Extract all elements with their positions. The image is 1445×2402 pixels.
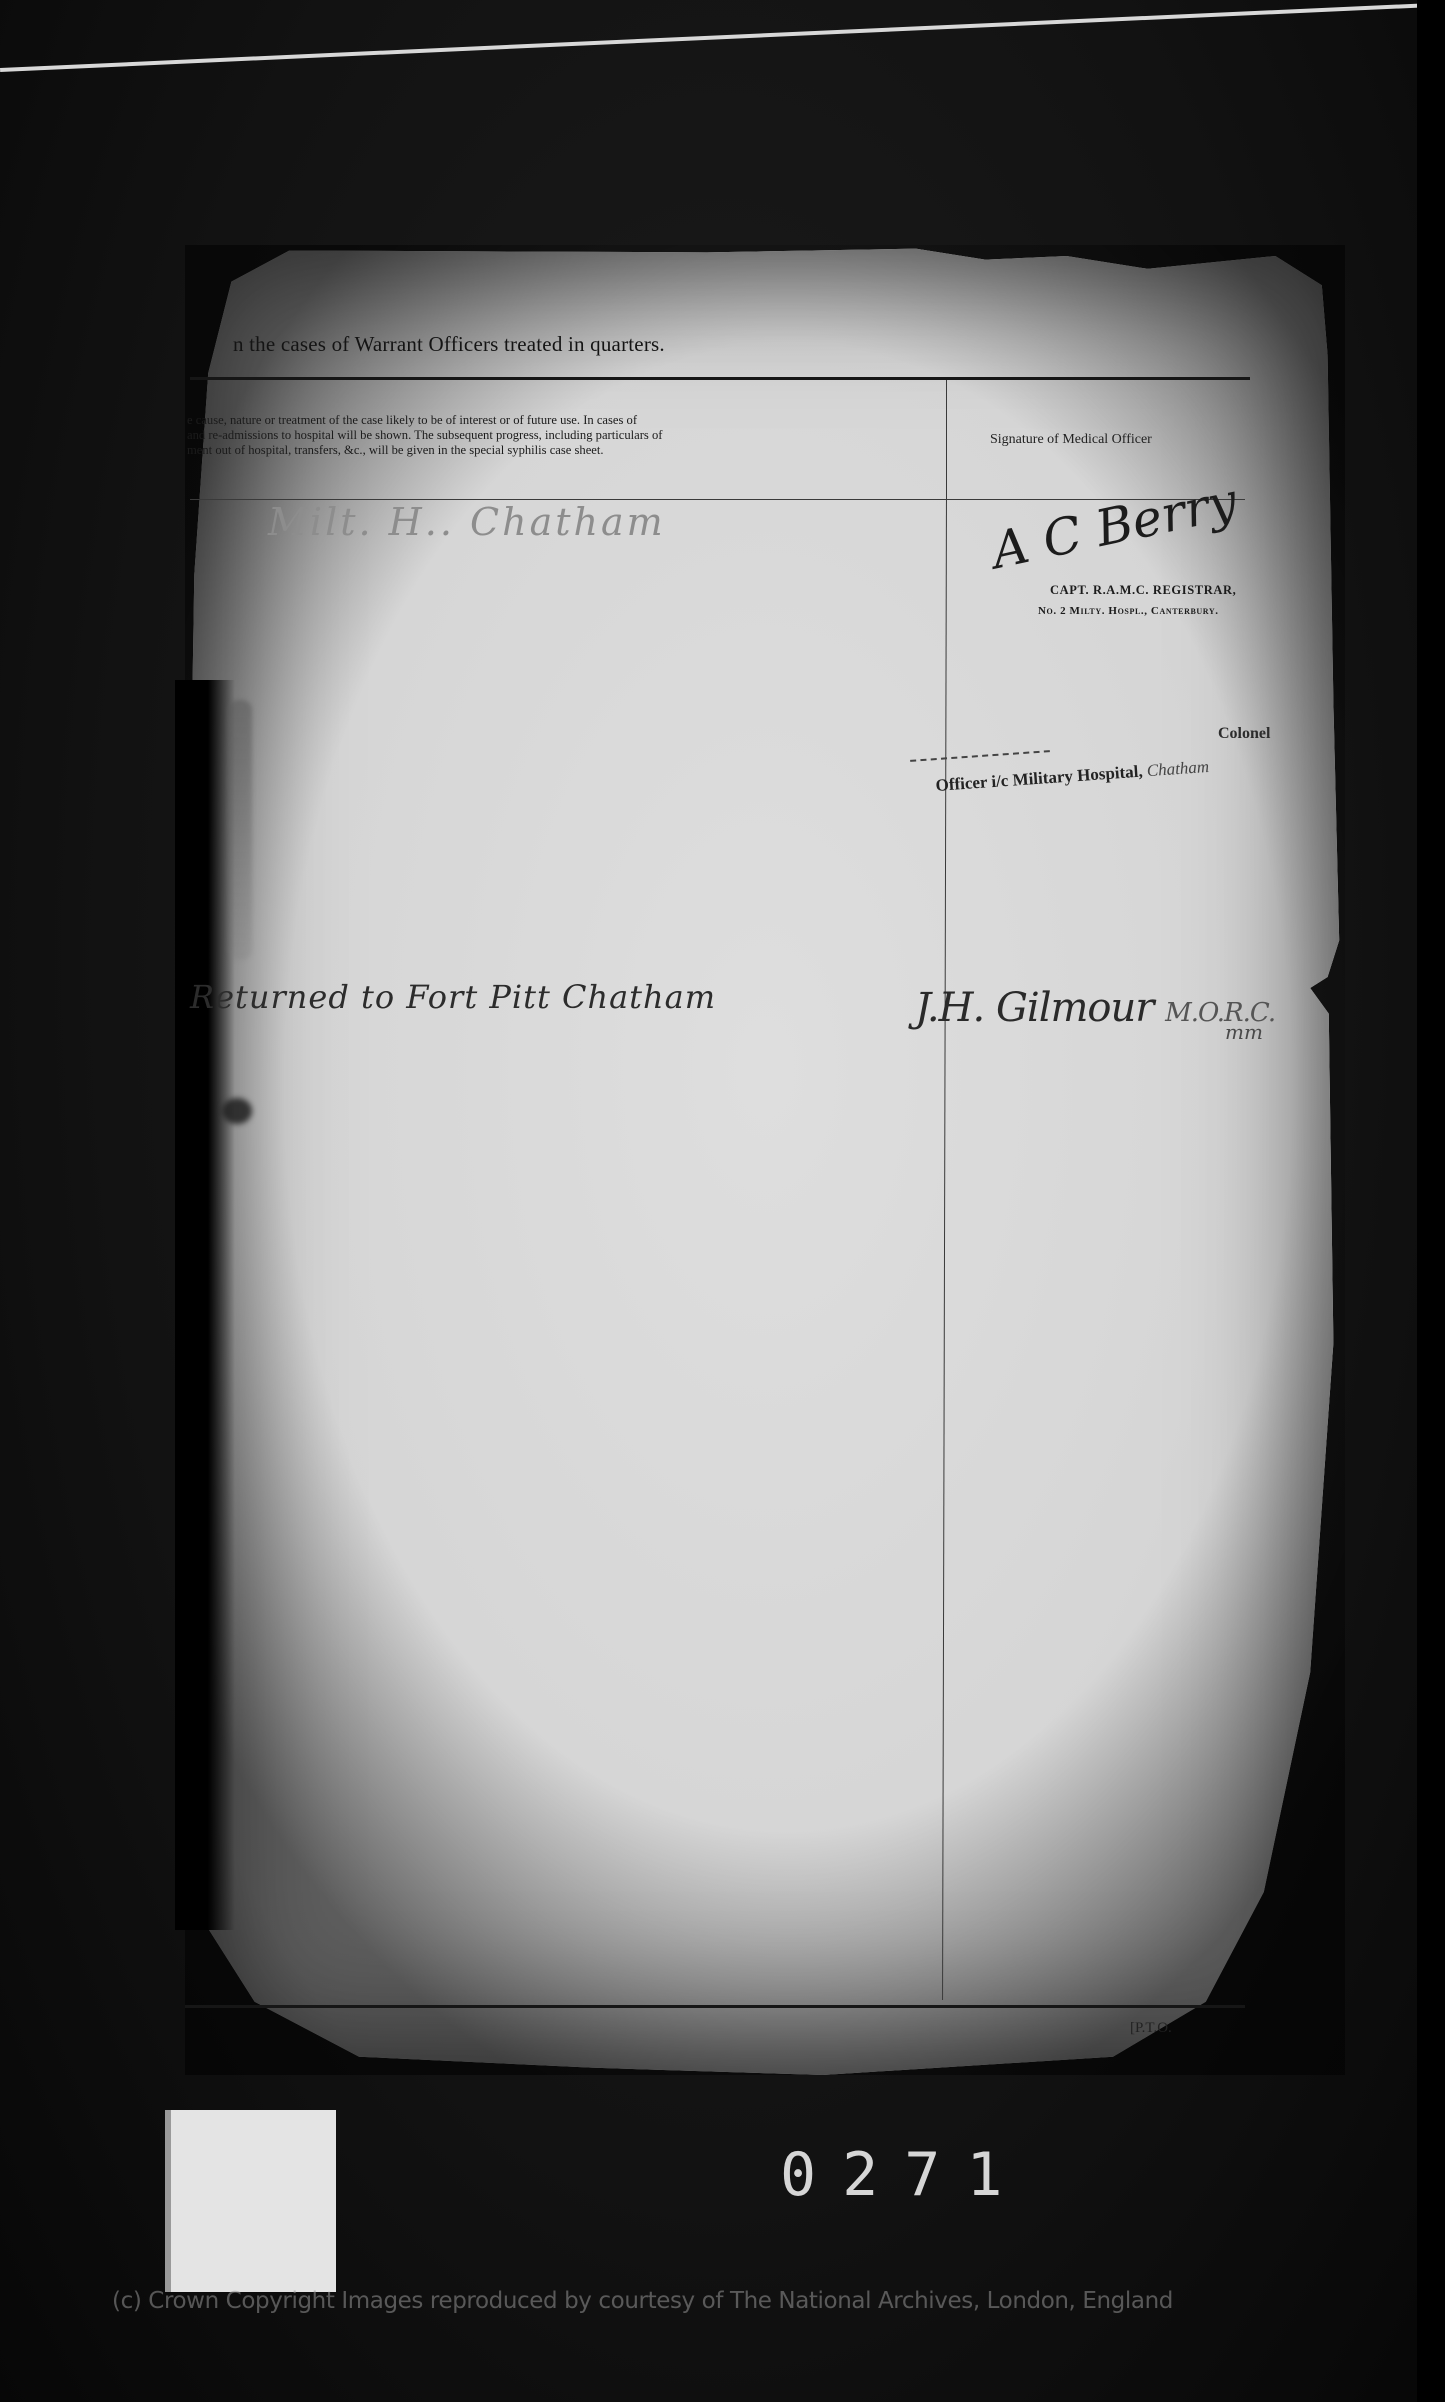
instruction-line: and re-admissions to hospital will be sh… [187, 428, 887, 443]
film-right-border [1417, 0, 1445, 2402]
instruction-line: e cause, nature or treatment of the case… [187, 413, 887, 428]
header-rule [190, 377, 1250, 380]
registrar-stamp-line-1: CAPT. R.A.M.C. REGISTRAR, [1050, 583, 1236, 598]
ink-blot [222, 1098, 252, 1124]
film-label-card [165, 2110, 336, 2292]
copyright-watermark: (c) Crown Copyright Images reproduced by… [112, 2288, 1342, 2314]
signature-underline-scribble: mm [1225, 1020, 1263, 1044]
officer-in-charge-place: Chatham [1146, 757, 1210, 780]
signature-column-header: Signature of Medical Officer [990, 432, 1152, 448]
colonel-stamp: Colonel [1218, 725, 1270, 743]
please-turn-over: [P.T.O. [1130, 2020, 1172, 2037]
entry-note-faint: Milt. H.. Chatham [268, 500, 666, 544]
registrar-stamp-line-2: No. 2 Milty. Hospl., Canterbury. [1038, 605, 1219, 617]
column-divider-top [946, 380, 947, 500]
entry-note-returned: Returned to Fort Pitt Chatham [190, 978, 716, 1016]
medical-officer-signature-2: J.H. Gilmour M.O.R.C. [915, 985, 1275, 1031]
form-instructions: e cause, nature or treatment of the case… [187, 413, 887, 458]
page-stain [228, 700, 252, 960]
instruction-line: ment out of hospital, transfers, &c., wi… [187, 443, 887, 458]
signature-name: J.H. Gilmour [915, 985, 1153, 1031]
form-header-text: n the cases of Warrant Officers treated … [233, 332, 665, 357]
frame-number: 0271 [780, 2140, 1029, 2210]
page-left-torn-edge [175, 680, 235, 1930]
footer-rule [185, 2005, 1245, 2008]
